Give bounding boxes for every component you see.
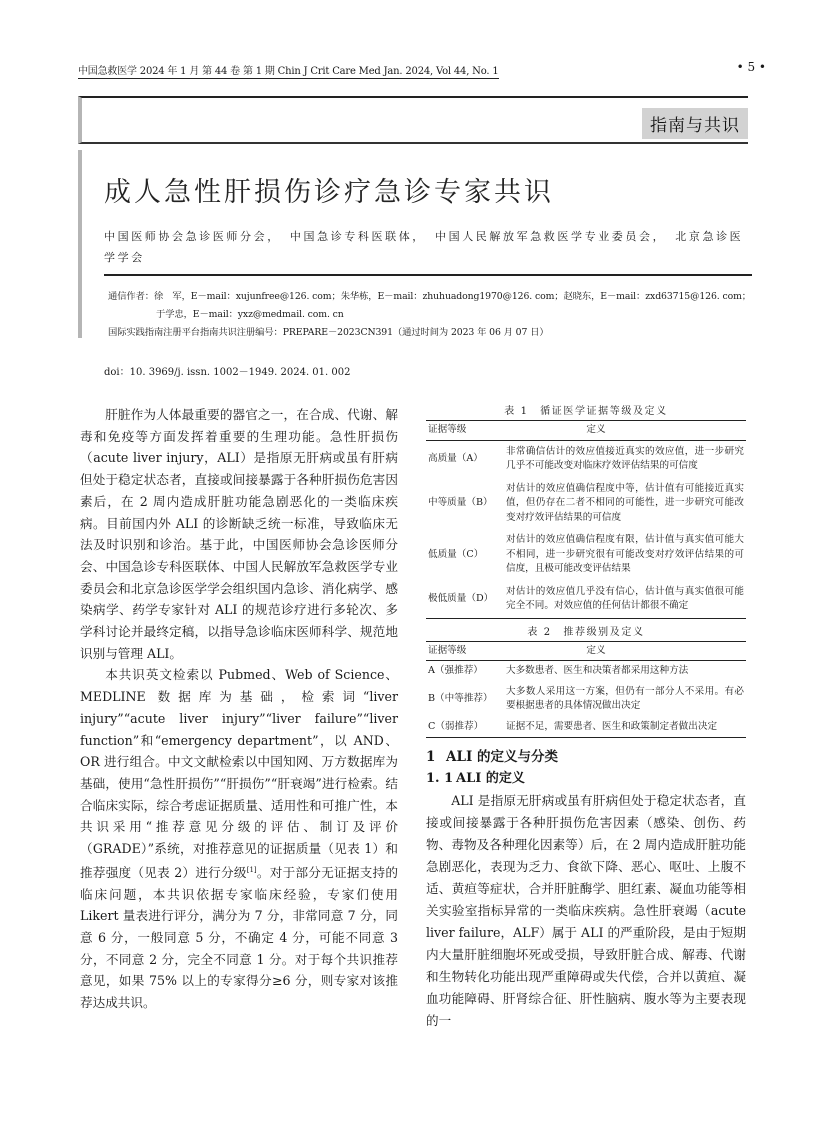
grade-cell: B（中等推荐） bbox=[426, 682, 504, 717]
doi[interactable]: doi：10. 3969/j. issn. 1002－1949. 2024. 0… bbox=[104, 363, 350, 378]
left-column: 肝脏作为人体最重要的器官之一，在合成、代谢、解毒和免疫等方面发挥着重要的生理功能… bbox=[80, 404, 398, 1014]
grade-cell: 极低质量（D） bbox=[426, 581, 504, 619]
definition-paragraph: ALI 是指原无肝病或虽有肝病但处于稳定状态者，直接或间接暴露于各种肝损伤危害因… bbox=[426, 790, 746, 1032]
section-tag: 指南与共识 bbox=[642, 108, 748, 139]
subsection-title: ALI 的定义 bbox=[456, 771, 525, 786]
correspondence-line: 通信作者：徐 军，E－mail：xujunfree@126. com；朱华栋，E… bbox=[108, 288, 758, 306]
definition-cell: 对估计的效应值几乎没有信心，估计值与真实值很可能完全不同。对效应值的任何估计都很… bbox=[504, 581, 746, 619]
definition-cell: 对估计的效应值确信程度中等，估计值有可能接近真实值，但仍存在二者不相同的可能性，… bbox=[504, 478, 746, 530]
table-row: B（中等推荐） 大多数人采用这一方案，但仍有一部分人不采用。有必要根据患者的具体… bbox=[426, 682, 746, 717]
article-title: 成人急性肝损伤诊疗急诊专家共识 bbox=[104, 170, 554, 209]
grade-cell: C（弱推荐） bbox=[426, 717, 504, 738]
grade-cell: 高质量（A） bbox=[426, 440, 504, 478]
grade-cell: A（强推荐） bbox=[426, 661, 504, 682]
methods-text: 本共识英文检索以 Pubmed、Web of Science、MEDLINE 数… bbox=[80, 667, 398, 880]
table2-block: 表 2 推荐级别及定义 证据等级 定义 A（强推荐） 大多数患者、医生和决策者都… bbox=[426, 625, 746, 739]
table-row: 极低质量（D） 对估计的效应值几乎没有信心，估计值与真实值很可能完全不同。对效应… bbox=[426, 581, 746, 619]
table-row: C（弱推荐） 证据不足，需要患者、医生和政策制定者做出决定 bbox=[426, 717, 746, 738]
citation-ref[interactable]: [1] bbox=[247, 866, 257, 874]
right-column: 表 1 循证医学证据等级及定义 证据等级 定义 高质量（A） 非常确信估计的效应… bbox=[426, 404, 746, 1032]
table1-caption: 表 1 循证医学证据等级及定义 bbox=[426, 404, 746, 420]
table-row: 高质量（A） 非常确信估计的效应值接近真实的效应值，进一步研究几乎不可能改变对临… bbox=[426, 440, 746, 478]
column-header: 证据等级 bbox=[426, 641, 504, 661]
definition-cell: 大多数患者、医生和决策者都采用这种方法 bbox=[504, 661, 746, 682]
section-number: 1 bbox=[426, 746, 446, 768]
table-header-row: 证据等级 定义 bbox=[426, 421, 746, 441]
correspondence-block: 通信作者：徐 军，E－mail：xujunfree@126. com；朱华栋，E… bbox=[108, 288, 758, 342]
registration-number: 国际实践指南注册平台指南共识注册编号：PREPARE－2023CN391（通过时… bbox=[108, 324, 758, 342]
column-header: 定义 bbox=[504, 641, 746, 661]
page-number: • 5 • bbox=[737, 60, 766, 74]
table-row: A（强推荐） 大多数患者、医生和决策者都采用这种方法 bbox=[426, 661, 746, 682]
table-row: 中等质量（B） 对估计的效应值确信程度中等，估计值有可能接近真实值，但仍存在二者… bbox=[426, 478, 746, 530]
definition-cell: 对估计的效应值确信程度有限，估计值与真实值可能大不相同，进一步研究很有可能改变对… bbox=[504, 529, 746, 581]
table-header-row: 证据等级 定义 bbox=[426, 641, 746, 661]
running-head: 中国急救医学 2024 年 1 月 第 44 卷 第 1 期 Chin J Cr… bbox=[78, 62, 499, 79]
section-heading: 1ALI 的定义与分类 bbox=[426, 746, 746, 768]
table-row: 低质量（C） 对估计的效应值确信程度有限，估计值与真实值可能大不相同，进一步研究… bbox=[426, 529, 746, 581]
title-divider bbox=[104, 274, 752, 276]
grade-cell: 低质量（C） bbox=[426, 529, 504, 581]
correspondence-line: 于学忠，E－mail：yxz@medmail. com. cn bbox=[108, 306, 758, 324]
column-header: 证据等级 bbox=[426, 421, 504, 441]
definition-cell: 证据不足，需要患者、医生和政策制定者做出决定 bbox=[504, 717, 746, 738]
table2: 证据等级 定义 A（强推荐） 大多数患者、医生和决策者都采用这种方法 B（中等推… bbox=[426, 641, 746, 739]
methods-paragraph: 本共识英文检索以 Pubmed、Web of Science、MEDLINE 数… bbox=[80, 664, 398, 1013]
subsection-heading: 1. 1ALI 的定义 bbox=[426, 768, 746, 790]
grade-cell: 中等质量（B） bbox=[426, 478, 504, 530]
table2-caption: 表 2 推荐级别及定义 bbox=[426, 625, 746, 641]
section-title: ALI 的定义与分类 bbox=[446, 749, 558, 765]
author-list: 中国医师协会急诊医师分会， 中国急诊专科医联体， 中国人民解放军急救医学专业委员… bbox=[104, 226, 754, 268]
column-header: 定义 bbox=[504, 421, 746, 441]
subsection-number: 1. 1 bbox=[426, 768, 456, 790]
table1: 证据等级 定义 高质量（A） 非常确信估计的效应值接近真实的效应值，进一步研究几… bbox=[426, 420, 746, 619]
definition-cell: 大多数人采用这一方案，但仍有一部分人不采用。有必要根据患者的具体情况做出决定 bbox=[504, 682, 746, 717]
methods-text: 。对于部分无证据支持的临床问题，本共识依据专家临床经验，专家们使用 Likert… bbox=[80, 865, 398, 1010]
intro-paragraph: 肝脏作为人体最重要的器官之一，在合成、代谢、解毒和免疫等方面发挥着重要的生理功能… bbox=[80, 404, 398, 664]
section-header-box: 指南与共识 bbox=[78, 96, 748, 144]
title-block: 成人急性肝损伤诊疗急诊专家共识 中国医师协会急诊医师分会， 中国急诊专科医联体，… bbox=[78, 150, 748, 338]
definition-cell: 非常确信估计的效应值接近真实的效应值，进一步研究几乎不可能改变对临床疗效评估结果… bbox=[504, 440, 746, 478]
